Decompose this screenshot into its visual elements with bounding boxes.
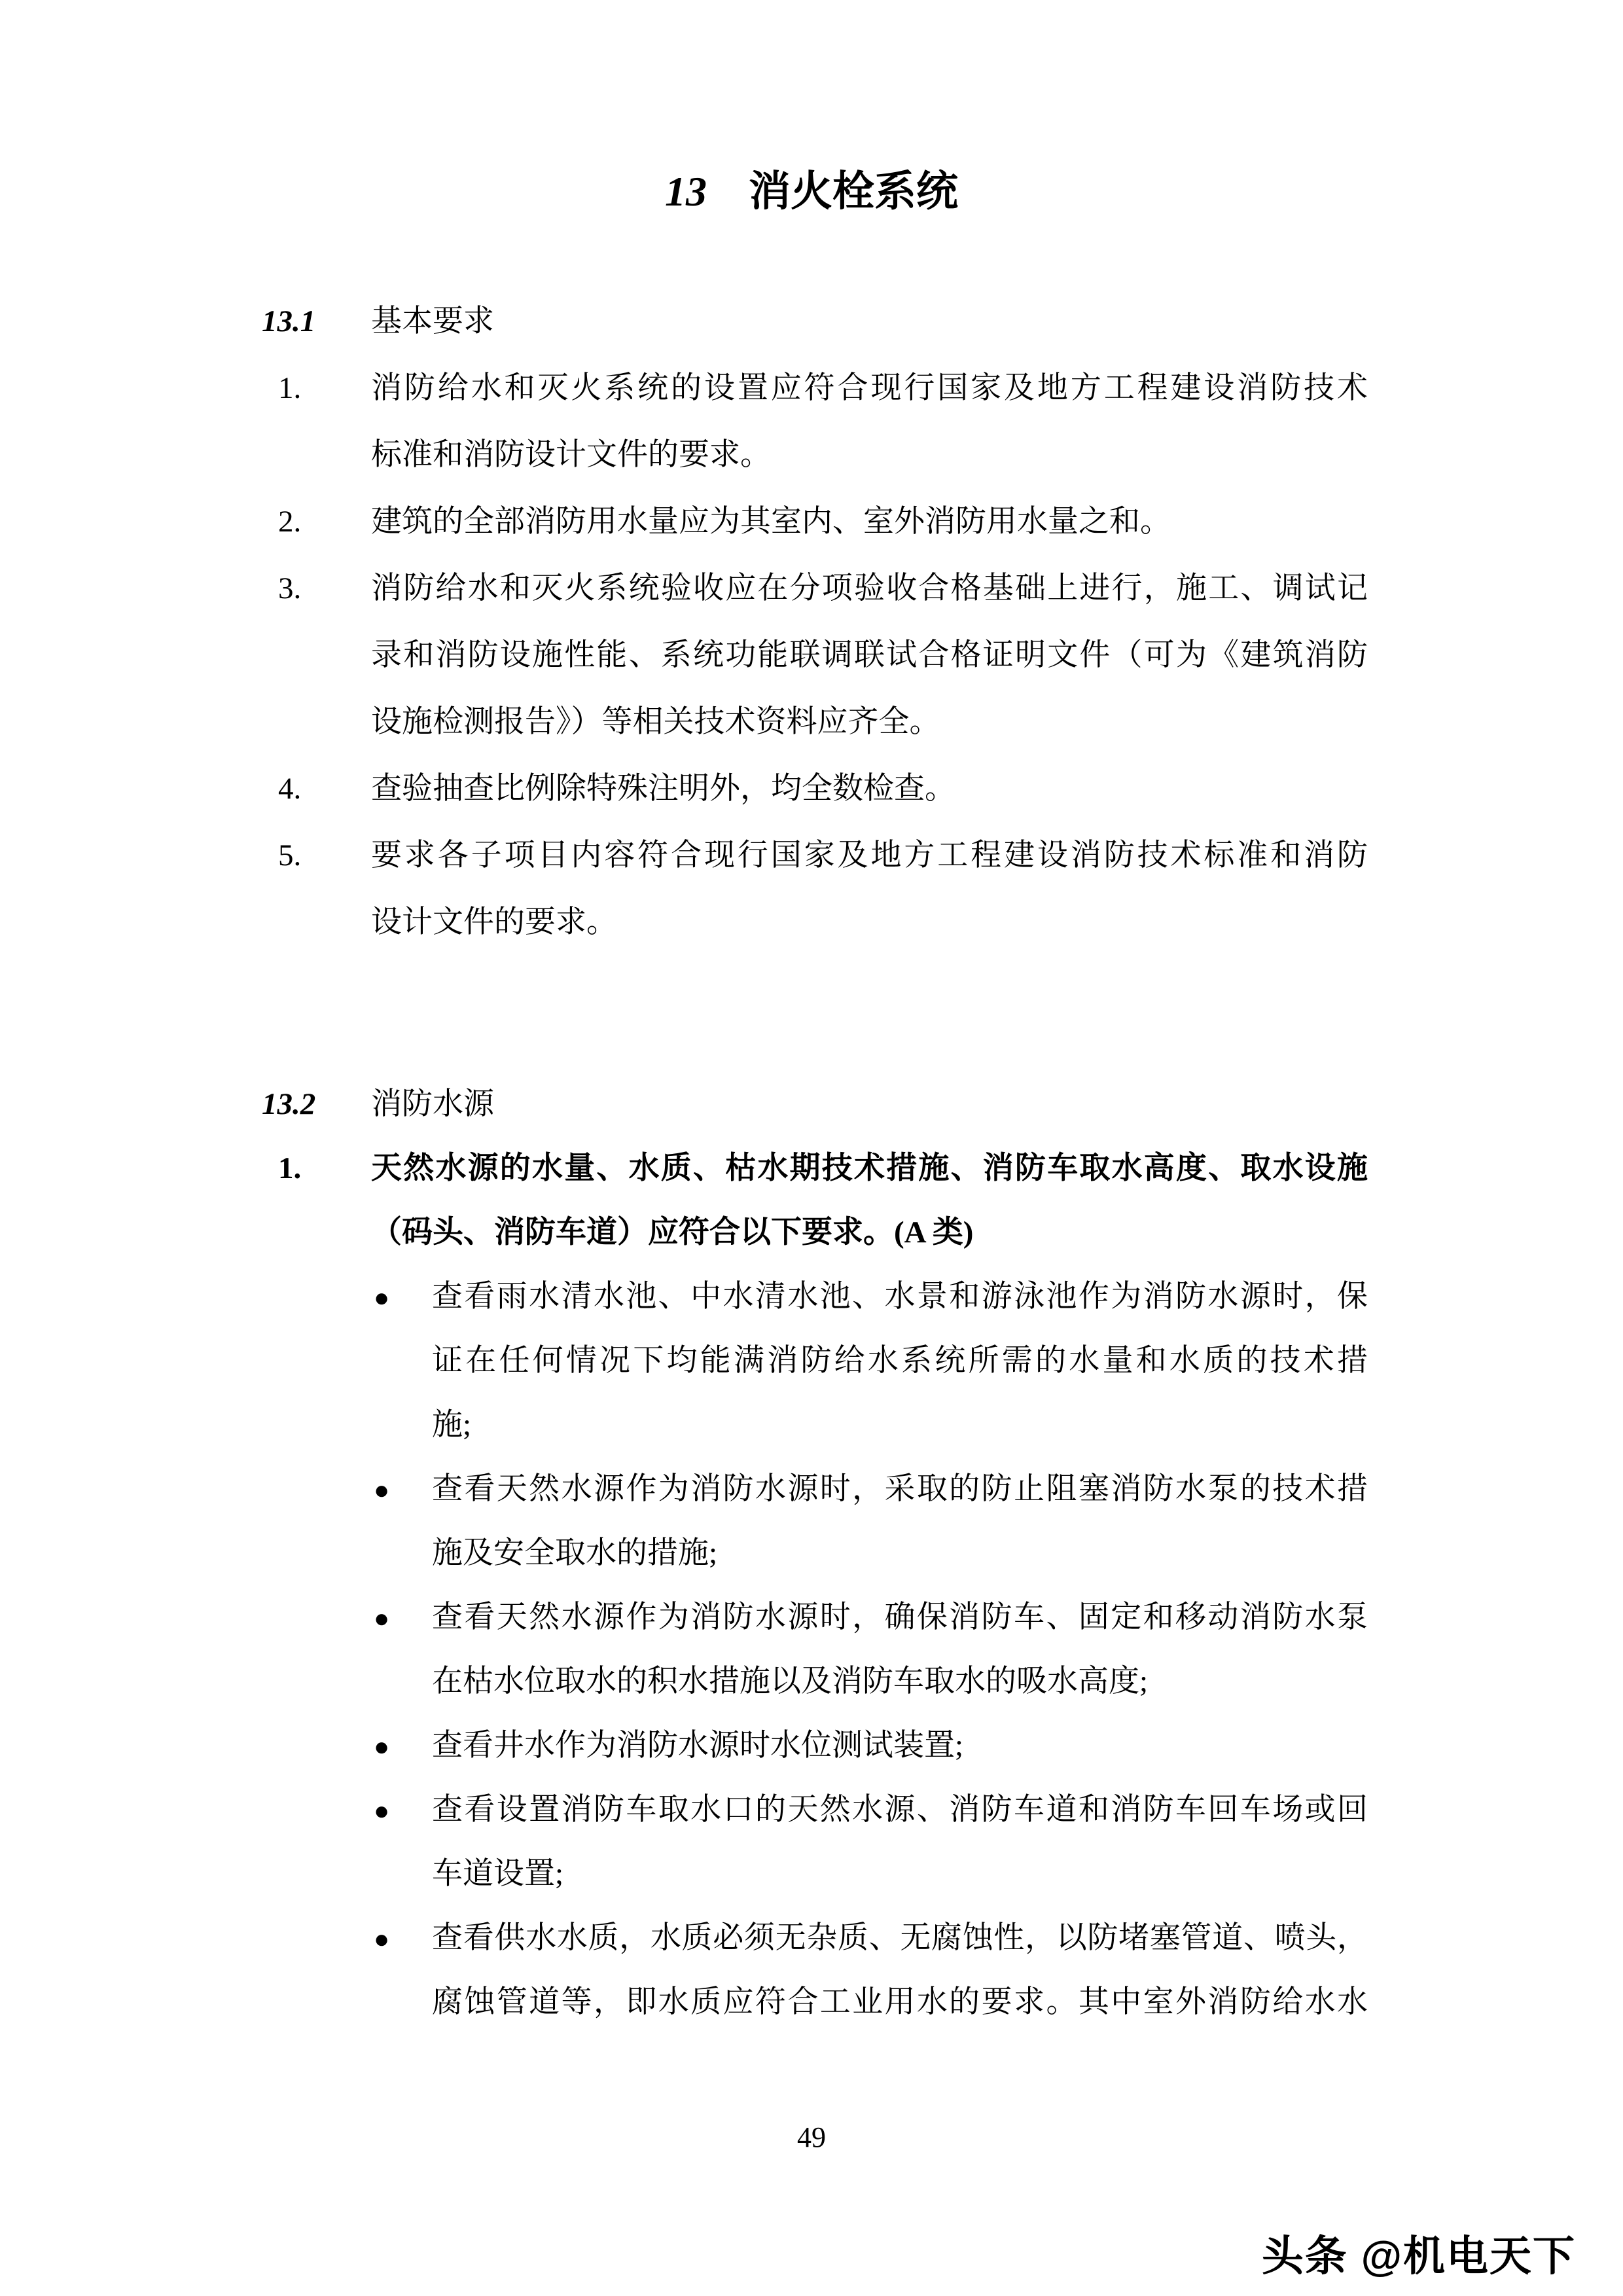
watermark: 头条 @机电天下 — [1262, 2223, 1576, 2283]
bullet-line: 车道设置; — [432, 1842, 1368, 1906]
item-line: 标准和消防设计文件的要求。 — [371, 422, 1368, 488]
bullet-item: ● 查看雨水清水池、中水清水池、水景和游泳池作为消防水源时，保 证在任何情况下均… — [371, 1265, 1368, 1457]
bullet-line: 查看天然水源作为消防水源时，采取的防止阻塞消防水泵的技术措 — [432, 1457, 1368, 1521]
bullet-line: 施及安全取水的措施; — [432, 1521, 1368, 1585]
item-number: 4. — [278, 755, 301, 822]
item-number: 5. — [278, 822, 301, 889]
item-line: （码头、消防车道）应符合以下要求。(A 类) — [371, 1200, 1368, 1265]
section-heading: 13.1基本要求 — [262, 288, 1623, 355]
numbered-item: 5. 要求各子项目内容符合现行国家及地方工程建设消防技术标准和消防 设计文件的要… — [371, 822, 1368, 956]
section-heading: 13.2消防水源 — [262, 1072, 1623, 1136]
chapter-title: 13消火栓系统 — [0, 0, 1623, 220]
section-heading-text: 消防水源 — [371, 1087, 494, 1121]
section-13-2-items: 1. 天然水源的水量、水质、枯水期技术措施、消防车取水高度、取水设施 （码头、消… — [371, 1136, 1368, 2034]
numbered-item: 4. 查验抽查比例除特殊注明外，均全数检查。 — [371, 755, 1368, 822]
section-13-1: 13.1基本要求 1. 消防给水和灭火系统的设置应符合现行国家及地方工程建设消防… — [0, 288, 1623, 956]
bullet-icon: ● — [374, 1907, 389, 1971]
bullet-icon: ● — [374, 1458, 389, 1522]
document-page: 13消火栓系统 13.1基本要求 1. 消防给水和灭火系统的设置应符合现行国家及… — [0, 0, 1623, 2296]
bullet-icon: ● — [374, 1266, 389, 1330]
bullet-line: 查看设置消防车取水口的天然水源、消防车道和消防车回车场或回 — [432, 1778, 1368, 1842]
item-line: 设计文件的要求。 — [371, 889, 1368, 956]
section-number: 13.1 — [262, 288, 371, 355]
item-line: 设施检测报告》）等相关技术资料应齐全。 — [371, 689, 1368, 755]
item-number: 1. — [278, 355, 301, 422]
bullet-line: 查看雨水清水池、中水清水池、水景和游泳池作为消防水源时，保 — [432, 1265, 1368, 1329]
bullet-line: 查看井水作为消防水源时水位测试装置; — [432, 1713, 1368, 1778]
section-number: 13.2 — [262, 1072, 371, 1136]
item-line: 消防给水和灭火系统的设置应符合现行国家及地方工程建设消防技术 — [371, 355, 1368, 422]
bullet-line: 在枯水位取水的积水措施以及消防车取水的吸水高度; — [432, 1649, 1368, 1713]
bullet-item: ● 查看井水作为消防水源时水位测试装置; — [371, 1713, 1368, 1778]
bullet-icon: ● — [374, 1779, 389, 1843]
bullet-icon: ● — [374, 1587, 389, 1651]
item-line: 建筑的全部消防用水量应为其室内、室外消防用水量之和。 — [371, 488, 1368, 555]
numbered-item: 1. 消防给水和灭火系统的设置应符合现行国家及地方工程建设消防技术 标准和消防设… — [371, 355, 1368, 488]
section-13-1-items: 1. 消防给水和灭火系统的设置应符合现行国家及地方工程建设消防技术 标准和消防设… — [371, 355, 1368, 956]
item-number: 3. — [278, 555, 301, 622]
item-line: 消防给水和灭火系统验收应在分项验收合格基础上进行，施工、调试记 — [371, 555, 1368, 622]
chapter-number: 13 — [665, 168, 707, 215]
item-number: 2. — [278, 488, 301, 555]
section-heading-text: 基本要求 — [371, 304, 494, 338]
bullet-line: 查看天然水源作为消防水源时，确保消防车、固定和移动消防水泵 — [432, 1585, 1368, 1649]
bullet-line: 证在任何情况下均能满消防给水系统所需的水量和水质的技术措 — [432, 1329, 1368, 1393]
page-number: 49 — [0, 2121, 1623, 2154]
item-line: 查验抽查比例除特殊注明外，均全数检查。 — [371, 755, 1368, 822]
bullet-line: 查看供水水质，水质必须无杂质、无腐蚀性，以防堵塞管道、喷头， — [432, 1906, 1368, 1970]
bullet-line: 腐蚀管道等，即水质应符合工业用水的要求。其中室外消防给水水 — [432, 1970, 1368, 2034]
item-line: 录和消防设施性能、系统功能联调联试合格证明文件（可为《建筑消防 — [371, 622, 1368, 689]
chapter-title-text: 消火栓系统 — [749, 168, 958, 215]
item-line: 要求各子项目内容符合现行国家及地方工程建设消防技术标准和消防 — [371, 822, 1368, 889]
bullet-icon: ● — [374, 1715, 389, 1779]
bullet-item: ● 查看设置消防车取水口的天然水源、消防车道和消防车回车场或回 车道设置; — [371, 1778, 1368, 1906]
item-line: 天然水源的水量、水质、枯水期技术措施、消防车取水高度、取水设施 — [371, 1136, 1368, 1200]
bullet-item: ● 查看供水水质，水质必须无杂质、无腐蚀性，以防堵塞管道、喷头， 腐蚀管道等，即… — [371, 1906, 1368, 2034]
section-13-2: 13.2消防水源 1. 天然水源的水量、水质、枯水期技术措施、消防车取水高度、取… — [0, 1072, 1623, 2034]
bullet-item: ● 查看天然水源作为消防水源时，采取的防止阻塞消防水泵的技术措 施及安全取水的措… — [371, 1457, 1368, 1585]
item-number: 1. — [278, 1136, 301, 1200]
bullet-item: ● 查看天然水源作为消防水源时，确保消防车、固定和移动消防水泵 在枯水位取水的积… — [371, 1585, 1368, 1713]
numbered-item: 3. 消防给水和灭火系统验收应在分项验收合格基础上进行，施工、调试记 录和消防设… — [371, 555, 1368, 755]
bullet-line: 施; — [432, 1393, 1368, 1457]
numbered-item-bold: 1. 天然水源的水量、水质、枯水期技术措施、消防车取水高度、取水设施 （码头、消… — [371, 1136, 1368, 1265]
numbered-item: 2. 建筑的全部消防用水量应为其室内、室外消防用水量之和。 — [371, 488, 1368, 555]
